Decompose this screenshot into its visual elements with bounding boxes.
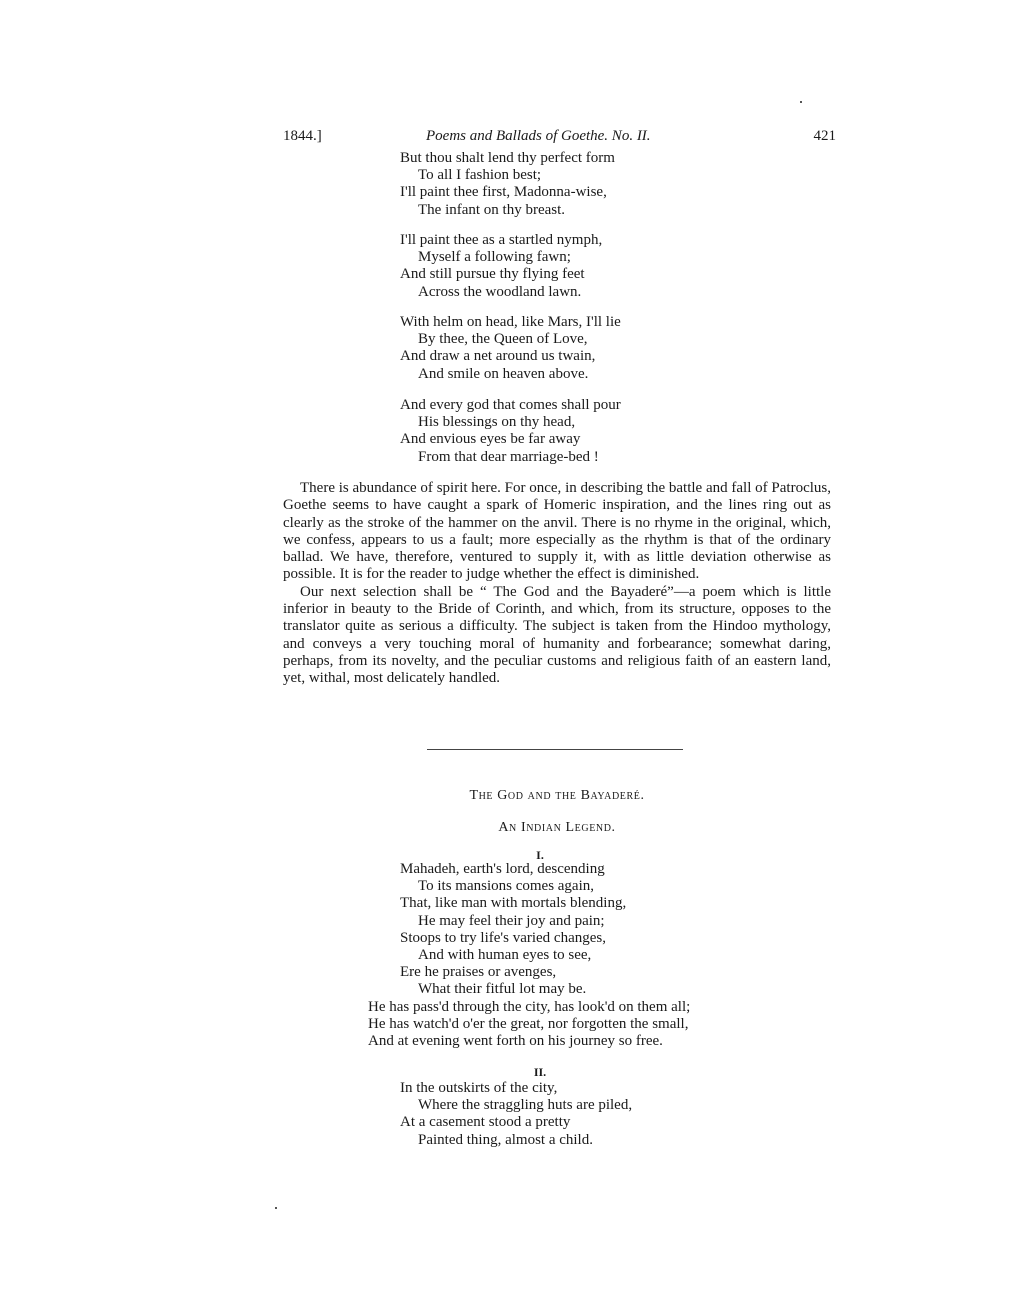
verse-line: Ere he praises or avenges,	[400, 964, 626, 981]
prose-paragraph: Our next selection shall be “ The God an…	[283, 584, 831, 688]
verse-line: He has watch'd o'er the great, nor forgo…	[368, 1016, 690, 1033]
header-year: 1844.]	[283, 128, 322, 145]
verse-line: His blessings on thy head,	[400, 414, 621, 431]
prose-body: There is abundance of spirit here. For o…	[283, 480, 831, 688]
scan-speck	[800, 101, 802, 103]
verse-stanza-4: And every god that comes shall pour His …	[400, 397, 621, 466]
verse-line: I'll paint thee as a startled nymph,	[400, 232, 602, 249]
verse-line: Mahadeh, earth's lord, descending	[400, 861, 626, 878]
scan-speck	[275, 1207, 277, 1209]
verse-line: And smile on heaven above.	[400, 366, 621, 383]
verse-line: With helm on head, like Mars, I'll lie	[400, 314, 621, 331]
verse-line: To all I fashion best;	[400, 167, 615, 184]
verse-line: And every god that comes shall pour	[400, 397, 621, 414]
running-header: 1844.] Poems and Ballads of Goethe. No. …	[283, 128, 836, 148]
poem-section-2: In the outskirts of the city, Where the …	[400, 1080, 632, 1149]
verse-line: The infant on thy breast.	[400, 202, 615, 219]
prose-paragraph: There is abundance of spirit here. For o…	[283, 480, 831, 584]
verse-line: In the outskirts of the city,	[400, 1080, 632, 1097]
verse-line: And draw a net around us twain,	[400, 348, 621, 365]
poem-title: The God and the Bayaderé.	[283, 788, 831, 804]
verse-line: At a casement stood a pretty	[400, 1114, 632, 1131]
verse-line: What their fitful lot may be.	[400, 981, 626, 998]
verse-line: From that dear marriage-bed !	[400, 449, 621, 466]
verse-stanza-1: But thou shalt lend thy perfect form To …	[400, 150, 615, 219]
verse-stanza-2: I'll paint thee as a startled nymph, Mys…	[400, 232, 602, 301]
verse-line: I'll paint thee first, Madonna-wise,	[400, 184, 615, 201]
verse-line: And at evening went forth on his journey…	[368, 1033, 690, 1050]
verse-line: Myself a following fawn;	[400, 249, 602, 266]
section-divider	[427, 749, 683, 750]
poem-section-1-refrain: He has pass'd through the city, has look…	[368, 999, 690, 1051]
section-numeral: II.	[500, 1065, 580, 1080]
verse-line: Stoops to try life's varied changes,	[400, 930, 626, 947]
verse-line: He has pass'd through the city, has look…	[368, 999, 690, 1016]
verse-line: And with human eyes to see,	[400, 947, 626, 964]
verse-line: Painted thing, almost a child.	[400, 1132, 632, 1149]
page-number: 421	[814, 128, 837, 145]
verse-stanza-3: With helm on head, like Mars, I'll lie B…	[400, 314, 621, 383]
header-title: Poems and Ballads of Goethe. No. II.	[426, 128, 651, 145]
verse-line: That, like man with mortals blending,	[400, 895, 626, 912]
poem-subtitle: An Indian Legend.	[283, 820, 831, 836]
verse-line: But thou shalt lend thy perfect form	[400, 150, 615, 167]
verse-line: And envious eyes be far away	[400, 431, 621, 448]
verse-line: And still pursue thy flying feet	[400, 266, 602, 283]
verse-line: Across the woodland lawn.	[400, 284, 602, 301]
verse-line: To its mansions comes again,	[400, 878, 626, 895]
verse-line: He may feel their joy and pain;	[400, 913, 626, 930]
verse-line: By thee, the Queen of Love,	[400, 331, 621, 348]
poem-section-1: Mahadeh, earth's lord, descending To its…	[400, 861, 626, 999]
verse-line: Where the straggling huts are piled,	[400, 1097, 632, 1114]
